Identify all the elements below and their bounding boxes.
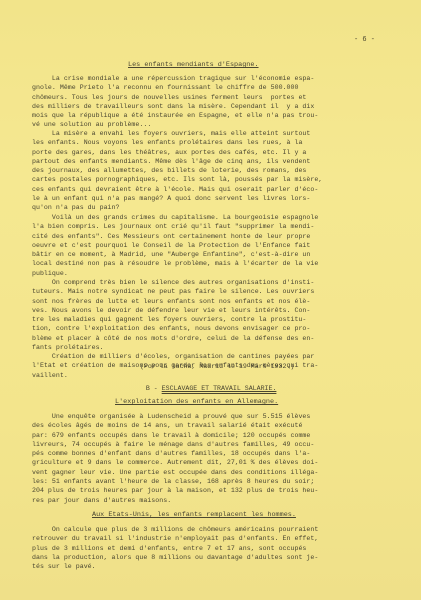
section-b-heading: B - ESCLAVAGE ET TRAVAIL SALARIE. xyxy=(130,378,276,399)
section-title-usa: Aux Etats-Unis, les enfants remplacent l… xyxy=(92,511,296,519)
paragraph: Une enquête organisée à Ludenscheid a pr… xyxy=(32,412,402,505)
paragraph: Voilà un des grands crimes du capitalism… xyxy=(32,213,402,278)
source-citation: (Por la lucha, Madrid le 19 Mars 1932.) xyxy=(140,363,294,370)
paragraph: La misère a envahi les foyers ouvriers, … xyxy=(32,129,402,213)
typewritten-page: - 6 - Les enfants mendiants d'Espagne. L… xyxy=(0,0,421,600)
section-title-spain: Les enfants mendiants d'Espagne. xyxy=(128,61,259,69)
section-b-prefix: B - xyxy=(146,385,162,392)
paragraph: On calcule que plus de 3 millions de chô… xyxy=(32,525,402,571)
paragraph: On comprend très bien le silence des aut… xyxy=(32,278,402,352)
page-number: - 6 - xyxy=(354,36,375,44)
section-b-title: ESCLAVAGE ET TRAVAIL SALARIE. xyxy=(162,385,277,392)
paragraph: La crise mondiale a une répercussion tra… xyxy=(32,74,402,130)
section-title-germany: L'exploitation des enfants en Allemagne. xyxy=(115,398,278,406)
